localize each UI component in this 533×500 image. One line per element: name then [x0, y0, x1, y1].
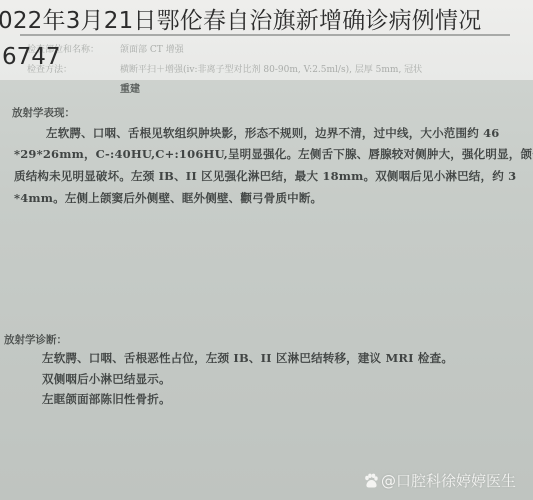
exam-value: 颌面部 CT 增强: [120, 42, 184, 55]
method-value: 横断平扫＋增强(iv:非离子型对比剂 80-90m, V:2.5ml/s), 层…: [120, 62, 422, 75]
watermark-text: @口腔科徐婷婷医生: [381, 470, 516, 491]
ct-report-paper: 检查部位和名称： 颌面部 CT 增强 检查方法： 横断平扫＋增强(iv:非离子型…: [0, 0, 533, 500]
diagnosis-title: 放射学诊断：: [4, 332, 67, 347]
method-value-continued: 重建: [120, 80, 140, 95]
overlay-headline: 022年3月21日鄂伦春自治旗新增确诊病例情况: [0, 2, 481, 35]
overlay-number: 6747: [2, 44, 61, 70]
findings-line: *4mm。左侧上颌窦后外侧壁、眶外侧壁、颧弓骨质中断。: [14, 190, 322, 206]
diagnosis-line: 左眶颌面部陈旧性骨折。: [42, 391, 171, 407]
findings-line: 质结构未见明显破坏。左颈 IB、II 区见强化淋巴结，最大 18mm。双侧咽后见…: [14, 168, 516, 184]
watermark: @口腔科徐婷婷医生: [363, 470, 516, 491]
diagnosis-line: 左软腭、口咽、舌根恶性占位，左颈 IB、II 区淋巴结转移，建议 MRI 检查。: [42, 350, 453, 366]
baidu-paw-icon: [363, 473, 379, 489]
findings-title: 放射学表现：: [12, 105, 75, 120]
findings-line: *29*26mm，C-:40HU,C+:106HU,呈明显强化。左侧舌下腺、唇腺…: [14, 146, 533, 162]
findings-line: 左软腭、口咽、舌根见软组织肿块影，形态不规则，边界不清，过中线，大小范围约 46: [46, 125, 500, 141]
diagnosis-line: 双侧咽后小淋巴结显示。: [42, 371, 171, 387]
